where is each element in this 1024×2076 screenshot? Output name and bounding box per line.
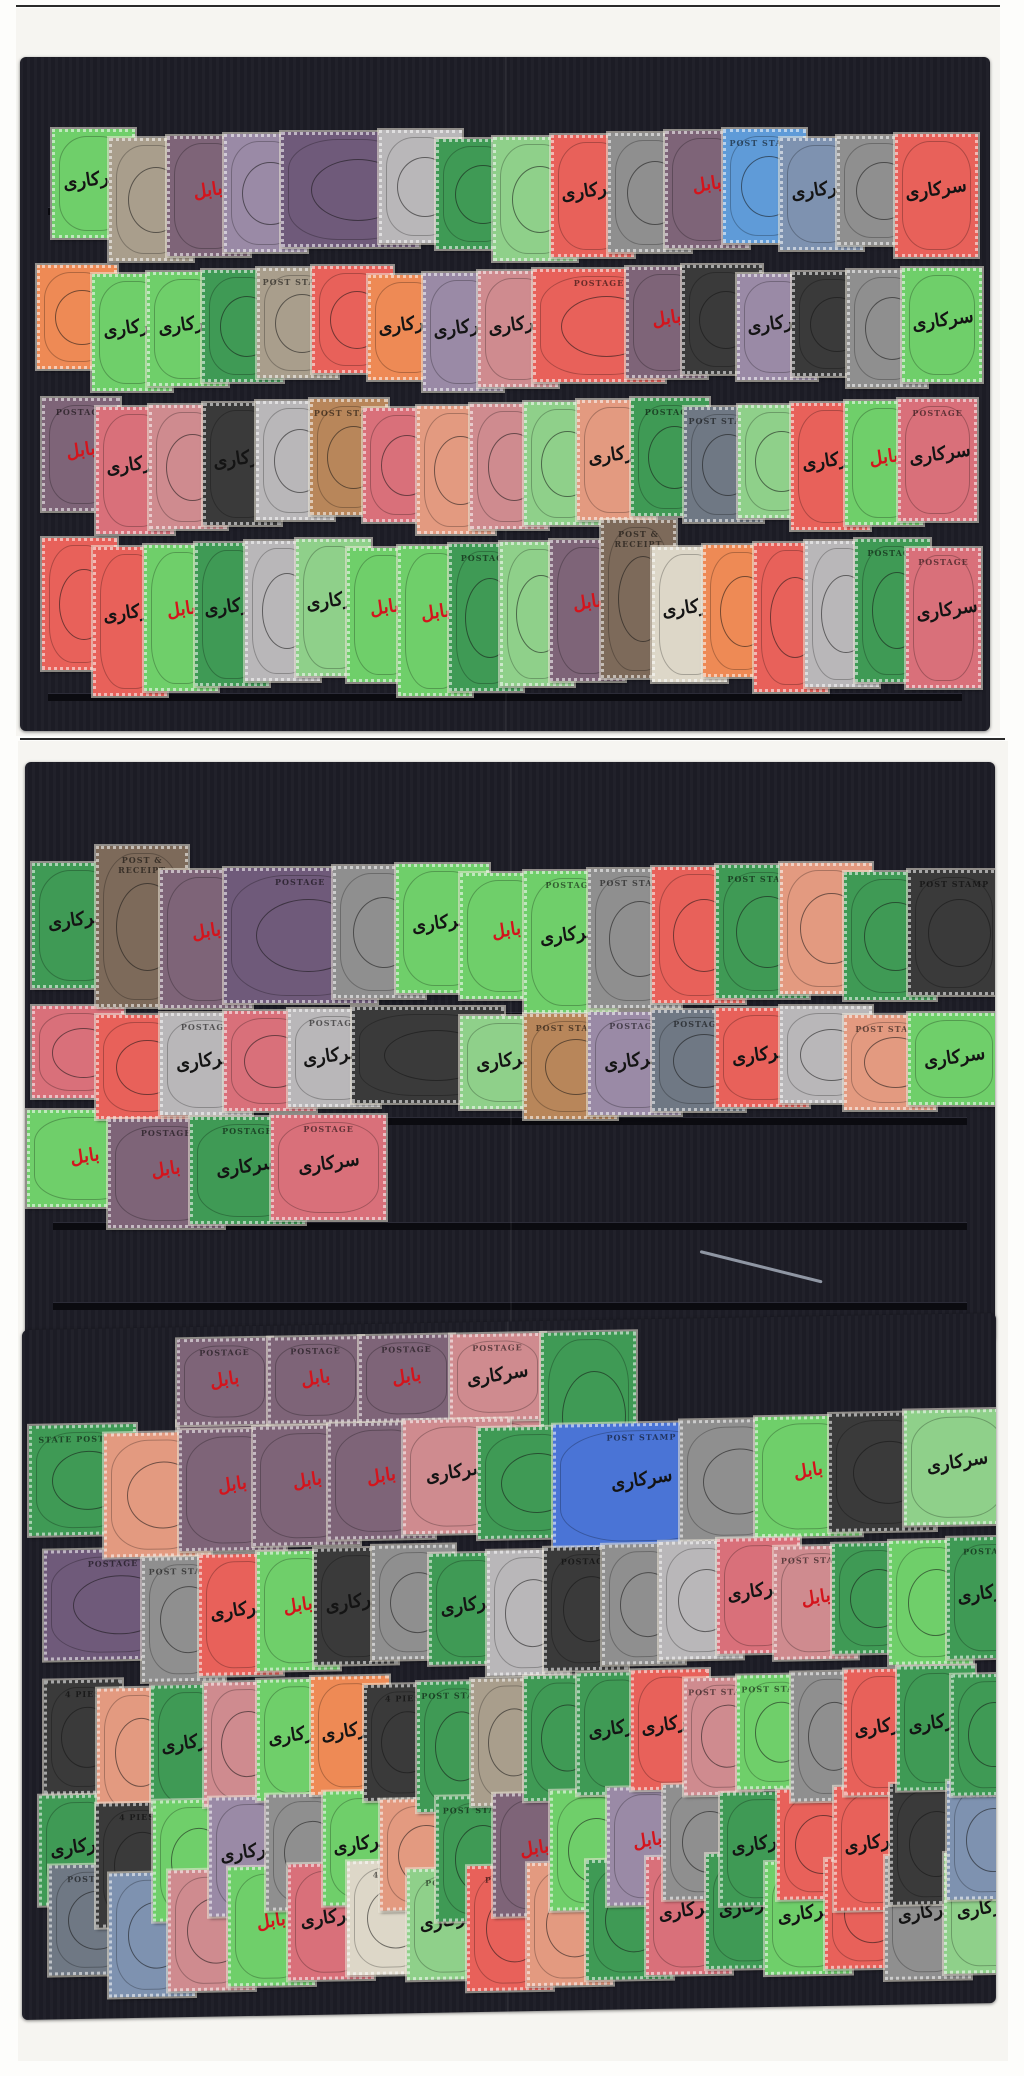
- stamp: POSTAGEسرکاری: [947, 1536, 997, 1659]
- stamp-inscription: POSTAGE: [274, 1124, 384, 1134]
- stamp: [951, 1673, 996, 1795]
- stamp: POSTAGEسرکاری: [450, 1333, 545, 1421]
- stamp-inscription: POST & RECEIPT: [604, 529, 673, 549]
- stamp-inscription: POSTAGE: [901, 408, 973, 418]
- stamp: POSTAGEسرکاری: [906, 548, 981, 688]
- stamp: POSTAGEسرکاری: [898, 399, 976, 521]
- stamp: POST STAMP: [908, 870, 995, 995]
- stamp: سرکاری: [904, 1409, 996, 1526]
- page-separator-line: [20, 738, 1005, 740]
- stamp: سرکاری: [902, 268, 982, 382]
- stamp: POSTAGEبابل: [359, 1334, 454, 1422]
- stamp: POSTAGEبابل: [177, 1338, 272, 1426]
- stamp: POSTAGEبابل: [268, 1336, 363, 1424]
- stockbook-page-2: سرکاریPOST & RECEIPTبابلPOSTAGEسرکاریباب…: [25, 762, 995, 1342]
- stamp-inscription: POSTAGE: [453, 1342, 542, 1354]
- stamp-inscription: POST STAMP: [911, 879, 995, 889]
- postmark: [928, 899, 990, 966]
- top-edge-line: [16, 5, 1000, 7]
- stockbook-page-1: سرکاریبابلسرکاریبابلPOST STAMPسرکاریسرکا…: [20, 57, 990, 731]
- stamp-inscription: POSTAGE: [271, 1345, 360, 1357]
- stamp: سرکاری: [908, 1013, 995, 1105]
- stamp-inscription: POSTAGE: [950, 1545, 997, 1556]
- stockbook-page-3: POSTAGEبابلPOSTAGEبابلPOSTAGEبابلPOSTAGE…: [22, 1313, 996, 2020]
- stamp-inscription: POSTAGE: [180, 1347, 269, 1359]
- stamp: POSTAGEسرکاری: [271, 1115, 387, 1220]
- stamp: POSTAGE: [947, 1779, 996, 1899]
- stamp-inscription: POSTAGE: [362, 1344, 451, 1356]
- stamp: سرکاری: [895, 134, 978, 257]
- stamp-inscription: POSTAGE: [909, 557, 978, 567]
